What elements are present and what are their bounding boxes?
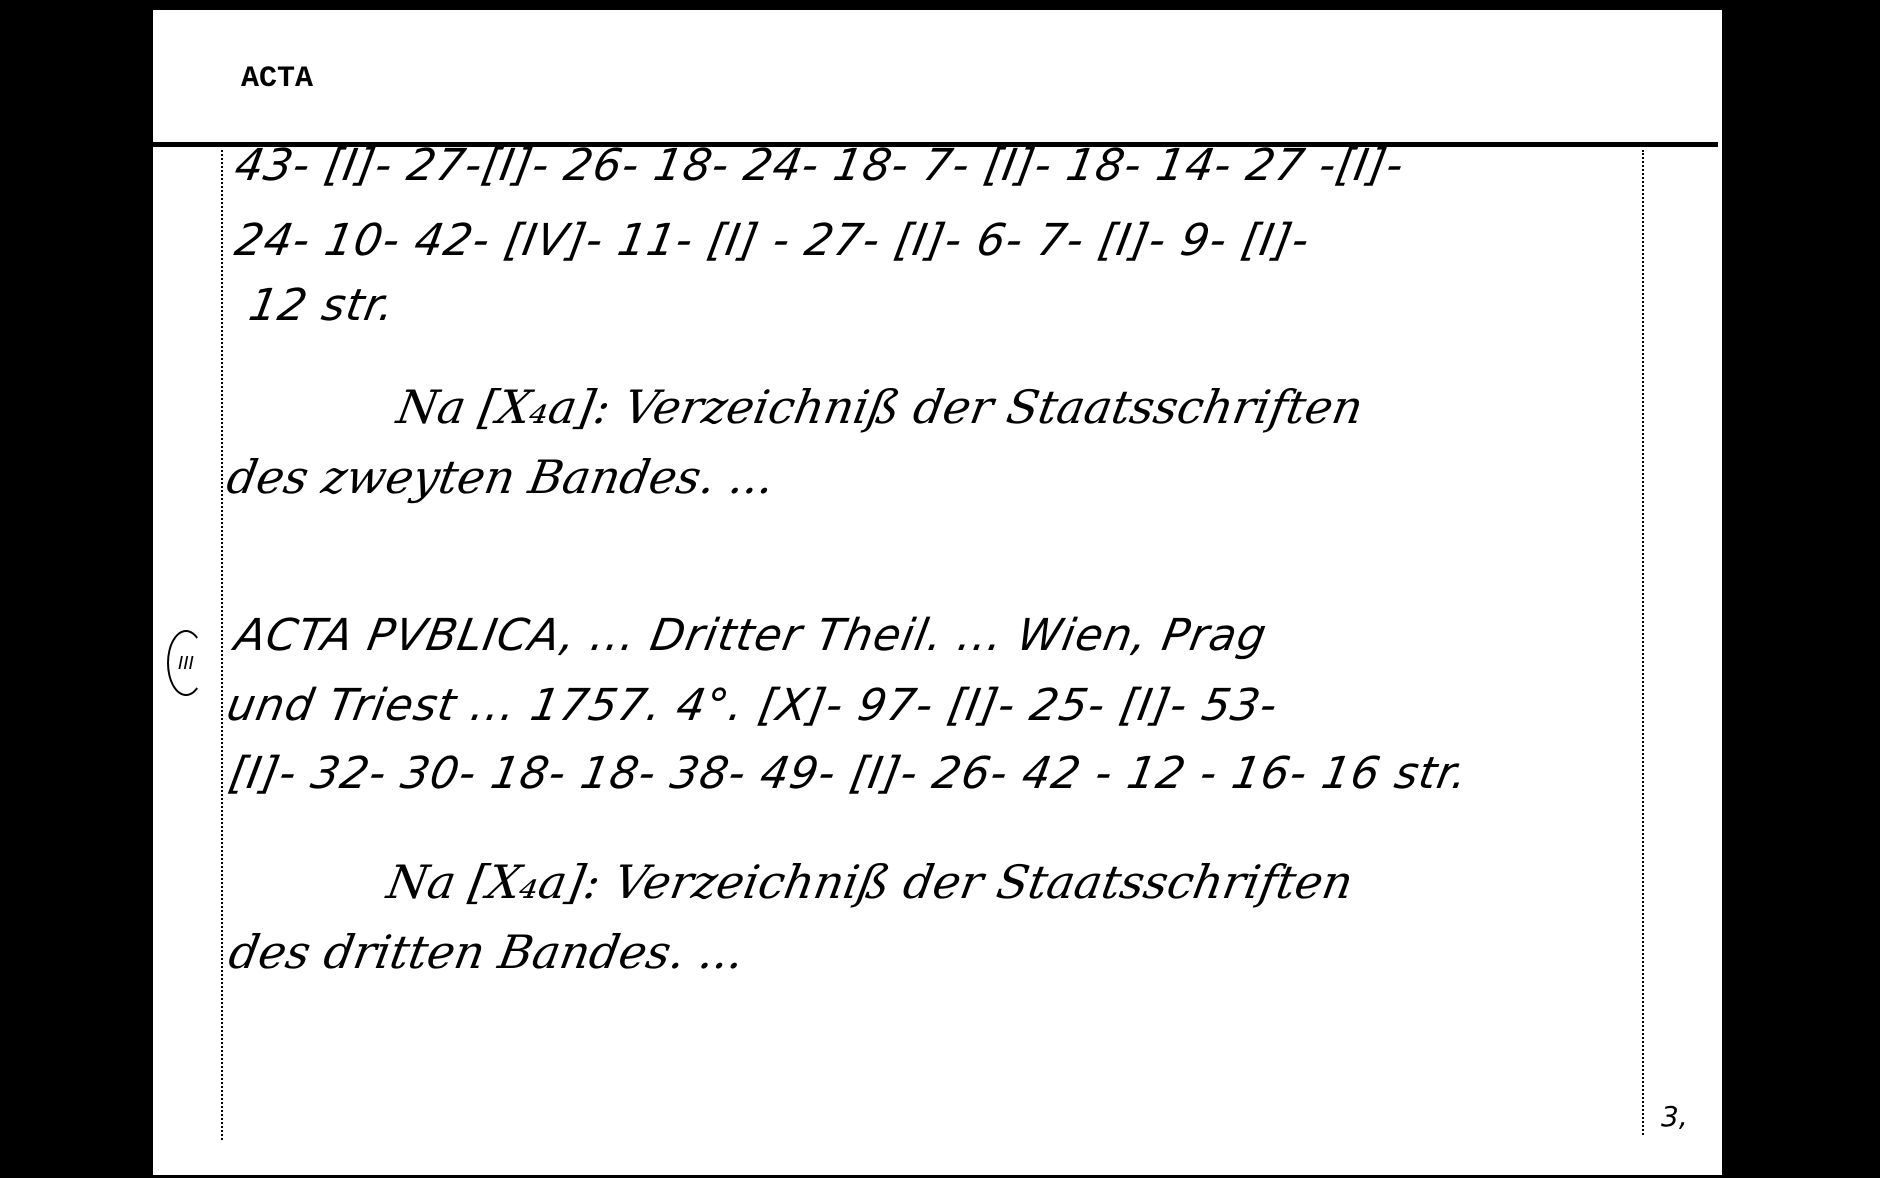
entry2-note-line-2: des dritten Bandes. ...	[225, 925, 748, 979]
right-margin-line	[1642, 150, 1644, 1135]
entry2-title-line-1: ACTA PVBLICA, ... Dritter Theil. ... Wie…	[231, 610, 1271, 661]
card-header-title: ACTA	[241, 62, 313, 96]
entry2-title-line-3: [I]- 32- 30- 18- 18- 38- 49- [I]- 26- 42…	[225, 748, 1472, 799]
entry2-title-line-2: und Triest ... 1757. 4°. [X]- 97- [I]- 2…	[223, 680, 1282, 731]
entry1-note-line-1: Na [X₄a]: Verzeichniß der Staatsschrifte…	[393, 380, 1367, 434]
circled-margin-note: III	[167, 630, 205, 696]
page-number-mark: 3,	[1661, 1100, 1688, 1133]
entry1-note-line-2: des zweyten Bandes. ...	[223, 450, 778, 504]
entry1-collation-line-1: 43- [I]- 27-[I]- 26- 18- 24- 18- 7- [I]-…	[231, 140, 1408, 191]
entry1-collation-line-3: 12 str.	[245, 280, 399, 331]
catalog-card: ACTA 43- [I]- 27-[I]- 26- 18- 24- 18- 7-…	[153, 10, 1722, 1175]
entry1-collation-line-2: 24- 10- 42- [IV]- 11- [I] - 27- [I]- 6- …	[231, 215, 1314, 266]
entry2-note-line-1: Na [X₄a]: Verzeichniß der Staatsschrifte…	[383, 855, 1357, 909]
left-margin-line	[221, 150, 223, 1140]
